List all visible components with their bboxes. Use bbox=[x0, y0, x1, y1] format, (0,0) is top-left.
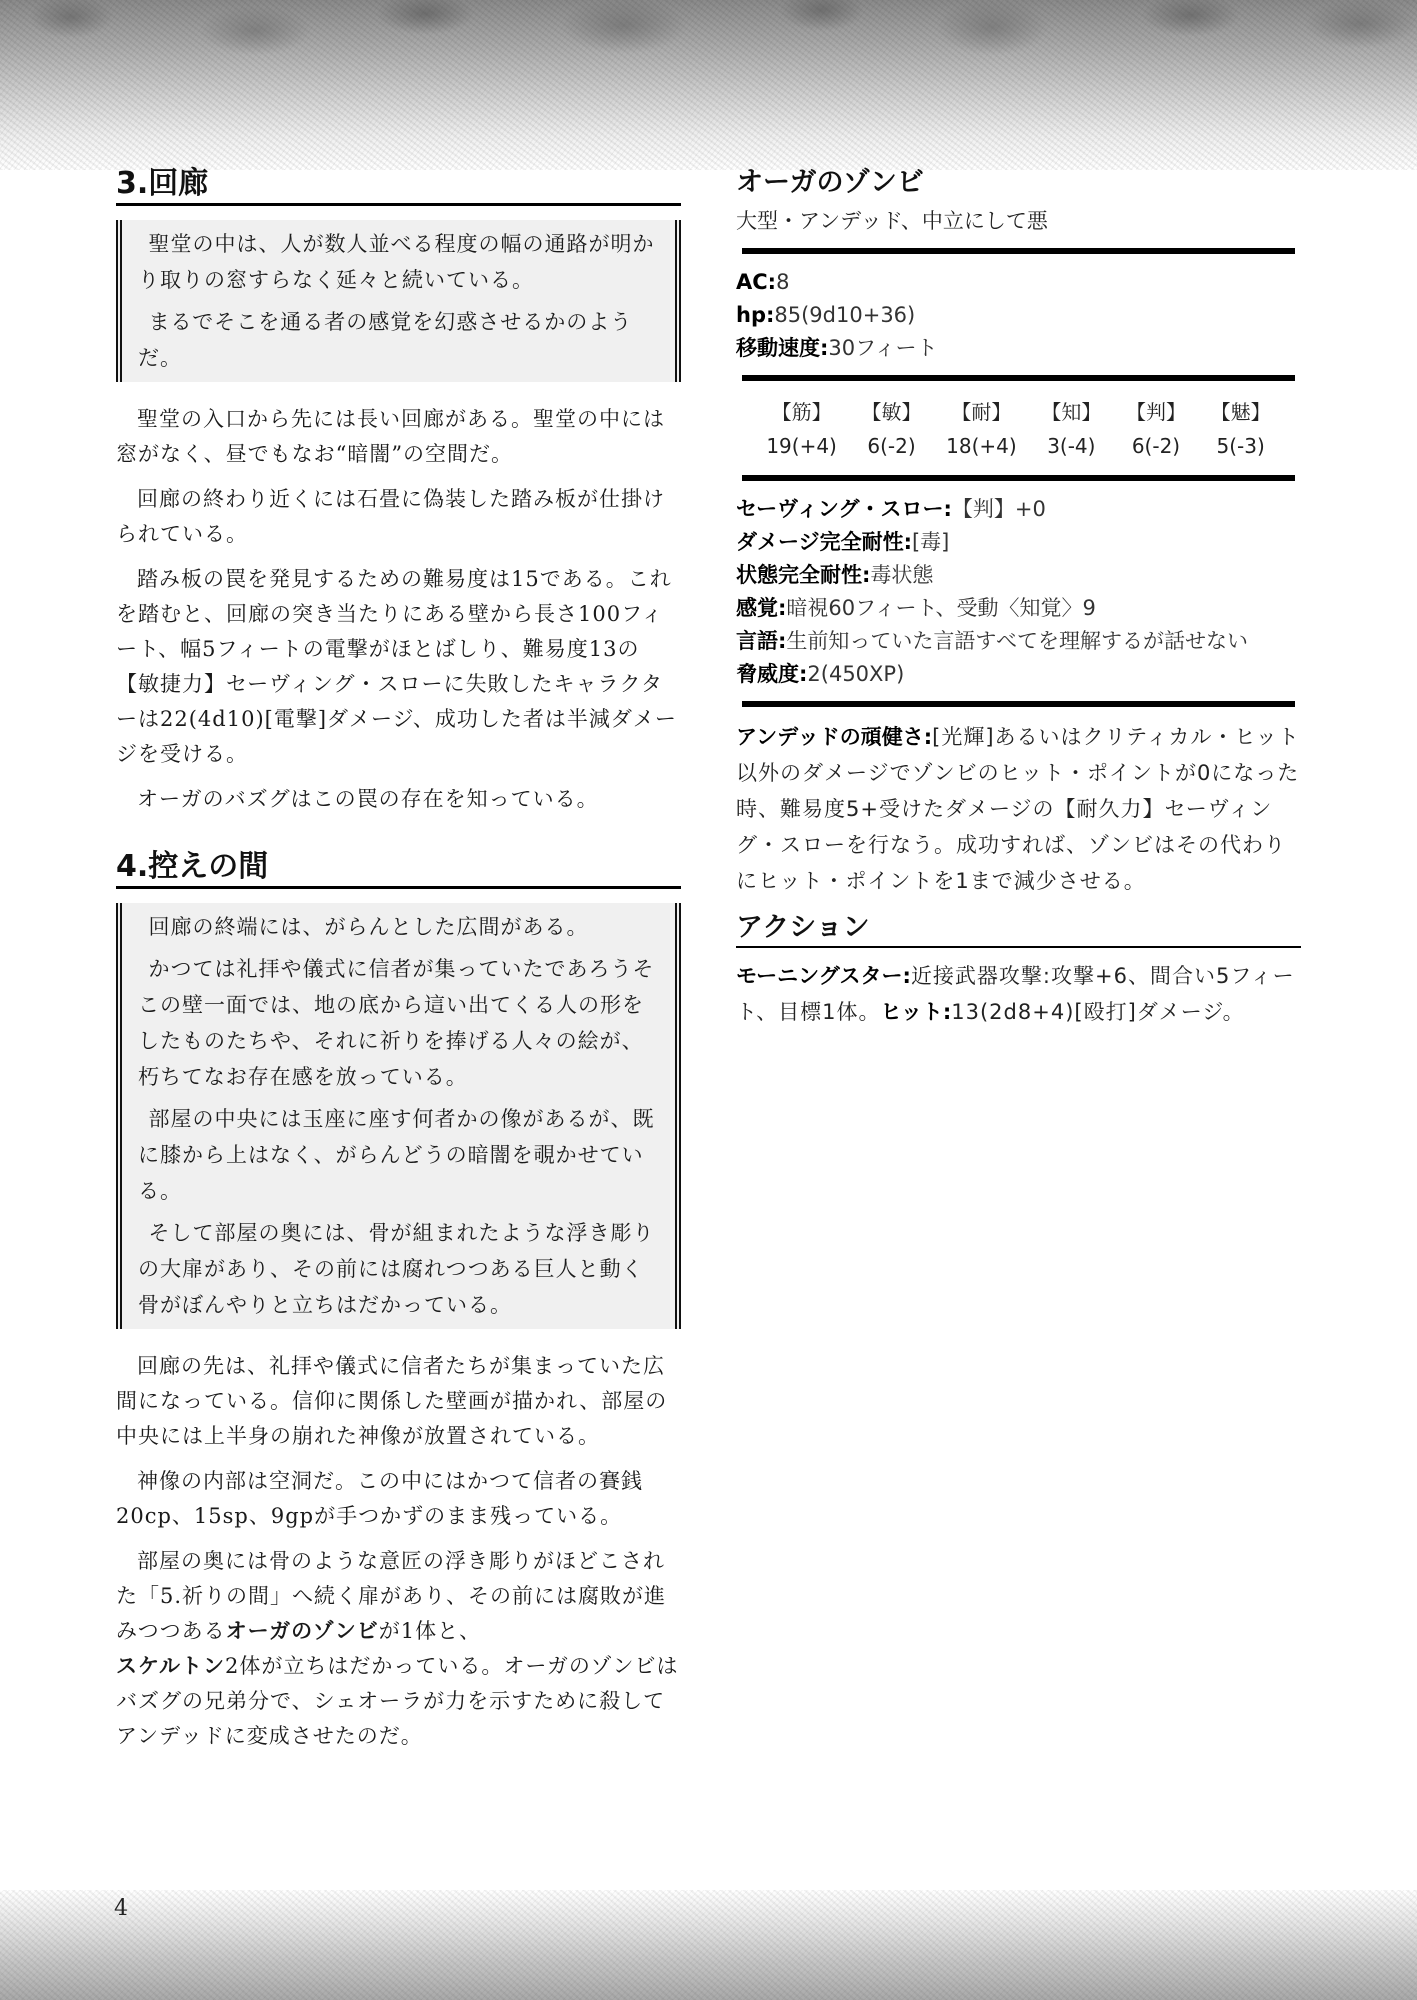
armor-class: AC:8 bbox=[736, 266, 1301, 299]
saving-throws: セーヴィング・スロー:【判】+0 bbox=[736, 493, 1301, 526]
divider bbox=[742, 375, 1295, 381]
body-paragraph-encounter: 部屋の奥には骨のような意匠の浮き彫りがほどこされた「5.祈りの間」へ続く扉があり… bbox=[116, 1544, 681, 1754]
monster-reference-skeleton: スケルトン bbox=[116, 1654, 225, 1678]
monster-name: オーガのゾンビ bbox=[736, 166, 1301, 200]
read-aloud-text: そして部屋の奥には、骨が組まれたような浮き彫りの大扉があり、その前には腐れつつあ… bbox=[138, 1215, 661, 1323]
damage-immunities: ダメージ完全耐性:[毒] bbox=[736, 526, 1301, 559]
read-aloud-text: かつては礼拝や儀式に信者が集っていたであろうそこの壁一面では、地の底から這い出て… bbox=[138, 951, 661, 1095]
body-paragraph: オーガのバズグはこの罠の存在を知っている。 bbox=[116, 782, 681, 817]
footer-texture bbox=[0, 1890, 1417, 2000]
read-aloud-box-corridor: 聖堂の中は、人が数人並べる程度の幅の通路が明かり取りの窓すらなく延々と続いている… bbox=[116, 220, 681, 382]
ability-scores: 【筋】19(+4) 【敏】6(-2) 【耐】18(+4) 【知】3(-4) 【判… bbox=[736, 393, 1301, 465]
action-morningstar: モーニングスター:近接武器攻撃:攻撃+6、間合い5フィート、目標1体。ヒット:1… bbox=[736, 958, 1301, 1030]
monster-type: 大型・アンデッド、中立にして悪 bbox=[736, 204, 1301, 238]
ability-wis: 【判】6(-2) bbox=[1126, 395, 1186, 463]
languages: 言語:生前知っていた言語すべてを理解するが話せない bbox=[736, 625, 1301, 658]
stat-block: オーガのゾンビ 大型・アンデッド、中立にして悪 AC:8 hp:85(9d10+… bbox=[736, 166, 1301, 1030]
senses: 感覚:暗視60フィート、受動〈知覚〉9 bbox=[736, 592, 1301, 625]
challenge-rating: 脅威度:2(450XP) bbox=[736, 658, 1301, 691]
section-heading-corridor: 3.回廊 bbox=[116, 166, 681, 206]
condition-immunities: 状態完全耐性:毒状態 bbox=[736, 559, 1301, 592]
body-paragraph: 聖堂の入口から先には長い回廊がある。聖堂の中には窓がなく、昼でもなお“暗闇”の空… bbox=[116, 402, 681, 472]
read-aloud-text: まるでそこを通る者の感覚を幻惑させるかのようだ。 bbox=[138, 304, 661, 376]
body-paragraph: 回廊の先は、礼拝や儀式に信者たちが集まっていた広間になっている。信仰に関係した壁… bbox=[116, 1349, 681, 1454]
left-column: 3.回廊 聖堂の中は、人が数人並べる程度の幅の通路が明かり取りの窓すらなく延々と… bbox=[116, 166, 681, 1764]
divider bbox=[742, 701, 1295, 707]
speed: 移動速度:30フィート bbox=[736, 332, 1301, 365]
read-aloud-text: 回廊の終端には、がらんとした広間がある。 bbox=[138, 909, 661, 945]
header-texture bbox=[0, 0, 1417, 170]
page-number: 4 bbox=[114, 1896, 128, 1921]
trait-undead-fortitude: アンデッドの頑健さ:[光輝]あるいはクリティカル・ヒット以外のダメージでゾンビの… bbox=[736, 719, 1301, 899]
actions-heading: アクション bbox=[736, 911, 1301, 948]
ability-str: 【筋】19(+4) bbox=[766, 395, 837, 463]
read-aloud-box-antechamber: 回廊の終端には、がらんとした広間がある。 かつては礼拝や儀式に信者が集っていたで… bbox=[116, 903, 681, 1329]
body-paragraph: 回廊の終わり近くには石畳に偽装した踏み板が仕掛けられている。 bbox=[116, 482, 681, 552]
body-paragraph: 神像の内部は空洞だ。この中にはかつて信者の賽銭20cp、15sp、9gpが手つか… bbox=[116, 1464, 681, 1534]
read-aloud-text: 部屋の中央には玉座に座す何者かの像があるが、既に膝から上はなく、がらんどうの暗闇… bbox=[138, 1101, 661, 1209]
body-paragraph: 踏み板の罠を発見するための難易度は15である。これを踏むと、回廊の突き当たりにあ… bbox=[116, 562, 681, 772]
ability-int: 【知】3(-4) bbox=[1041, 395, 1101, 463]
ability-dex: 【敏】6(-2) bbox=[862, 395, 922, 463]
ability-con: 【耐】18(+4) bbox=[946, 395, 1017, 463]
read-aloud-text: 聖堂の中は、人が数人並べる程度の幅の通路が明かり取りの窓すらなく延々と続いている… bbox=[138, 226, 661, 298]
divider bbox=[742, 248, 1295, 254]
section-heading-antechamber: 4.控えの間 bbox=[116, 849, 681, 889]
divider bbox=[742, 475, 1295, 481]
hit-points: hp:85(9d10+36) bbox=[736, 299, 1301, 332]
monster-reference-ogre-zombie: オーガのゾンビ bbox=[226, 1619, 379, 1643]
ability-cha: 【魅】5(-3) bbox=[1211, 395, 1271, 463]
